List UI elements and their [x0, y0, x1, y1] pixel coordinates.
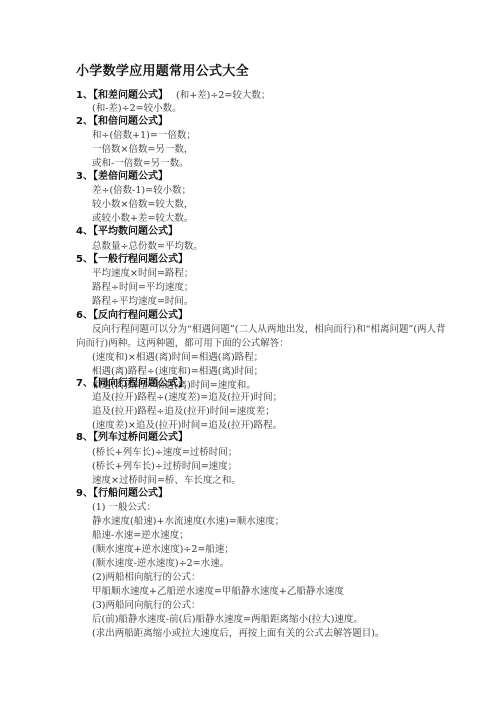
formula-line: (桥长+列车长)÷速度=过桥时间；	[92, 446, 237, 459]
section-heading: 3、【差倍问题公式】	[76, 170, 168, 183]
formula-line: 追及(拉开)路程÷追及(拉开)时间=速度差；	[92, 405, 275, 418]
formula-line: 路程÷时间=平均速度；	[92, 281, 193, 294]
formula-line: 路程÷平均速度=时间。	[92, 295, 193, 308]
section-heading: 9、【行船问题公式】	[76, 487, 168, 500]
formula-line: (1) 一般公式：	[92, 501, 156, 514]
formula-line: 船速-水速=逆水速度；	[92, 529, 189, 542]
formula-line: (速度和)×相遇(离)时间=相遇(离)路程；	[92, 351, 263, 364]
section-heading: 5、【一般行程问题公式】	[76, 253, 188, 266]
section-heading: 6、【反向行程问题公式】	[76, 309, 188, 322]
document-page: 小学数学应用题常用公式大全 1、【和差问题公式】 (和+差)÷2=较大数； (和…	[0, 0, 500, 707]
section-heading: 1、【和差问题公式】	[76, 89, 168, 102]
formula-line: (2)两船相向航行的公式：	[92, 571, 200, 584]
formula-line: 后(前)船静水速度-前(后)船静水速度=两船距离缩小(拉大)速度。	[92, 613, 363, 626]
page-title: 小学数学应用题常用公式大全	[76, 60, 249, 79]
formula-line: 静水速度(船速)+水流速度(水速)=顺水速度；	[92, 515, 284, 528]
section-heading: 8、【列车过桥问题公式】	[76, 431, 188, 444]
section-heading: 4、【平均数问题公式】	[76, 225, 178, 238]
paragraph-line: 反向行程问题可以分为“相遇问题”(二人从两地出发，相向而行)和“相离问题”(两人…	[92, 323, 446, 336]
formula-line: 或和-一倍数=另一数。	[92, 157, 189, 170]
formula-line: 或较小数+差=较大数。	[92, 212, 193, 225]
formula-line: (和+差)÷2=较大数；	[176, 89, 270, 102]
formula-line: 总数量÷总份数=平均数。	[92, 240, 203, 253]
formula-line: 速度×过桥时间=桥、车长度之和。	[92, 474, 241, 487]
formula-line: (求出两船距离缩小或拉大速度后，再按上面有关的公式去解答题目)。	[92, 627, 384, 640]
formula-line: 追及(拉开)路程÷(速度差)=追及(拉开)时间；	[92, 391, 282, 404]
formula-line: (3)两船同向航行的公式：	[92, 599, 200, 612]
section-heading: 7、【同向行程问题公式】	[76, 377, 188, 390]
formula-line: 差÷(倍数-1)=较小数；	[92, 184, 191, 197]
formula-line: 一倍数×倍数=另一数，	[92, 143, 193, 156]
formula-line: 平均速度×时间=路程；	[92, 267, 193, 280]
formula-line: 和÷(倍数+1)=一倍数；	[92, 129, 196, 142]
formula-line: (顺水速度-逆水速度)÷2=水速。	[92, 557, 229, 570]
formula-line: (和-差)÷2=较小数。	[92, 102, 182, 115]
formula-line: 甲船顺水速度+乙船逆水速度=甲船静水速度+乙船静水速度	[92, 585, 344, 598]
formula-line: 较小数×倍数=较大数，	[92, 198, 193, 211]
paragraph-line: 向而行)两种。这两种题，都可用下面的公式解答：	[76, 337, 289, 350]
formula-line: (桥长+列车长)÷过桥时间=速度；	[92, 460, 237, 473]
section-heading: 2、【和倍问题公式】	[76, 115, 168, 128]
formula-line: (顺水速度+逆水速度)÷2=船速；	[92, 543, 234, 556]
